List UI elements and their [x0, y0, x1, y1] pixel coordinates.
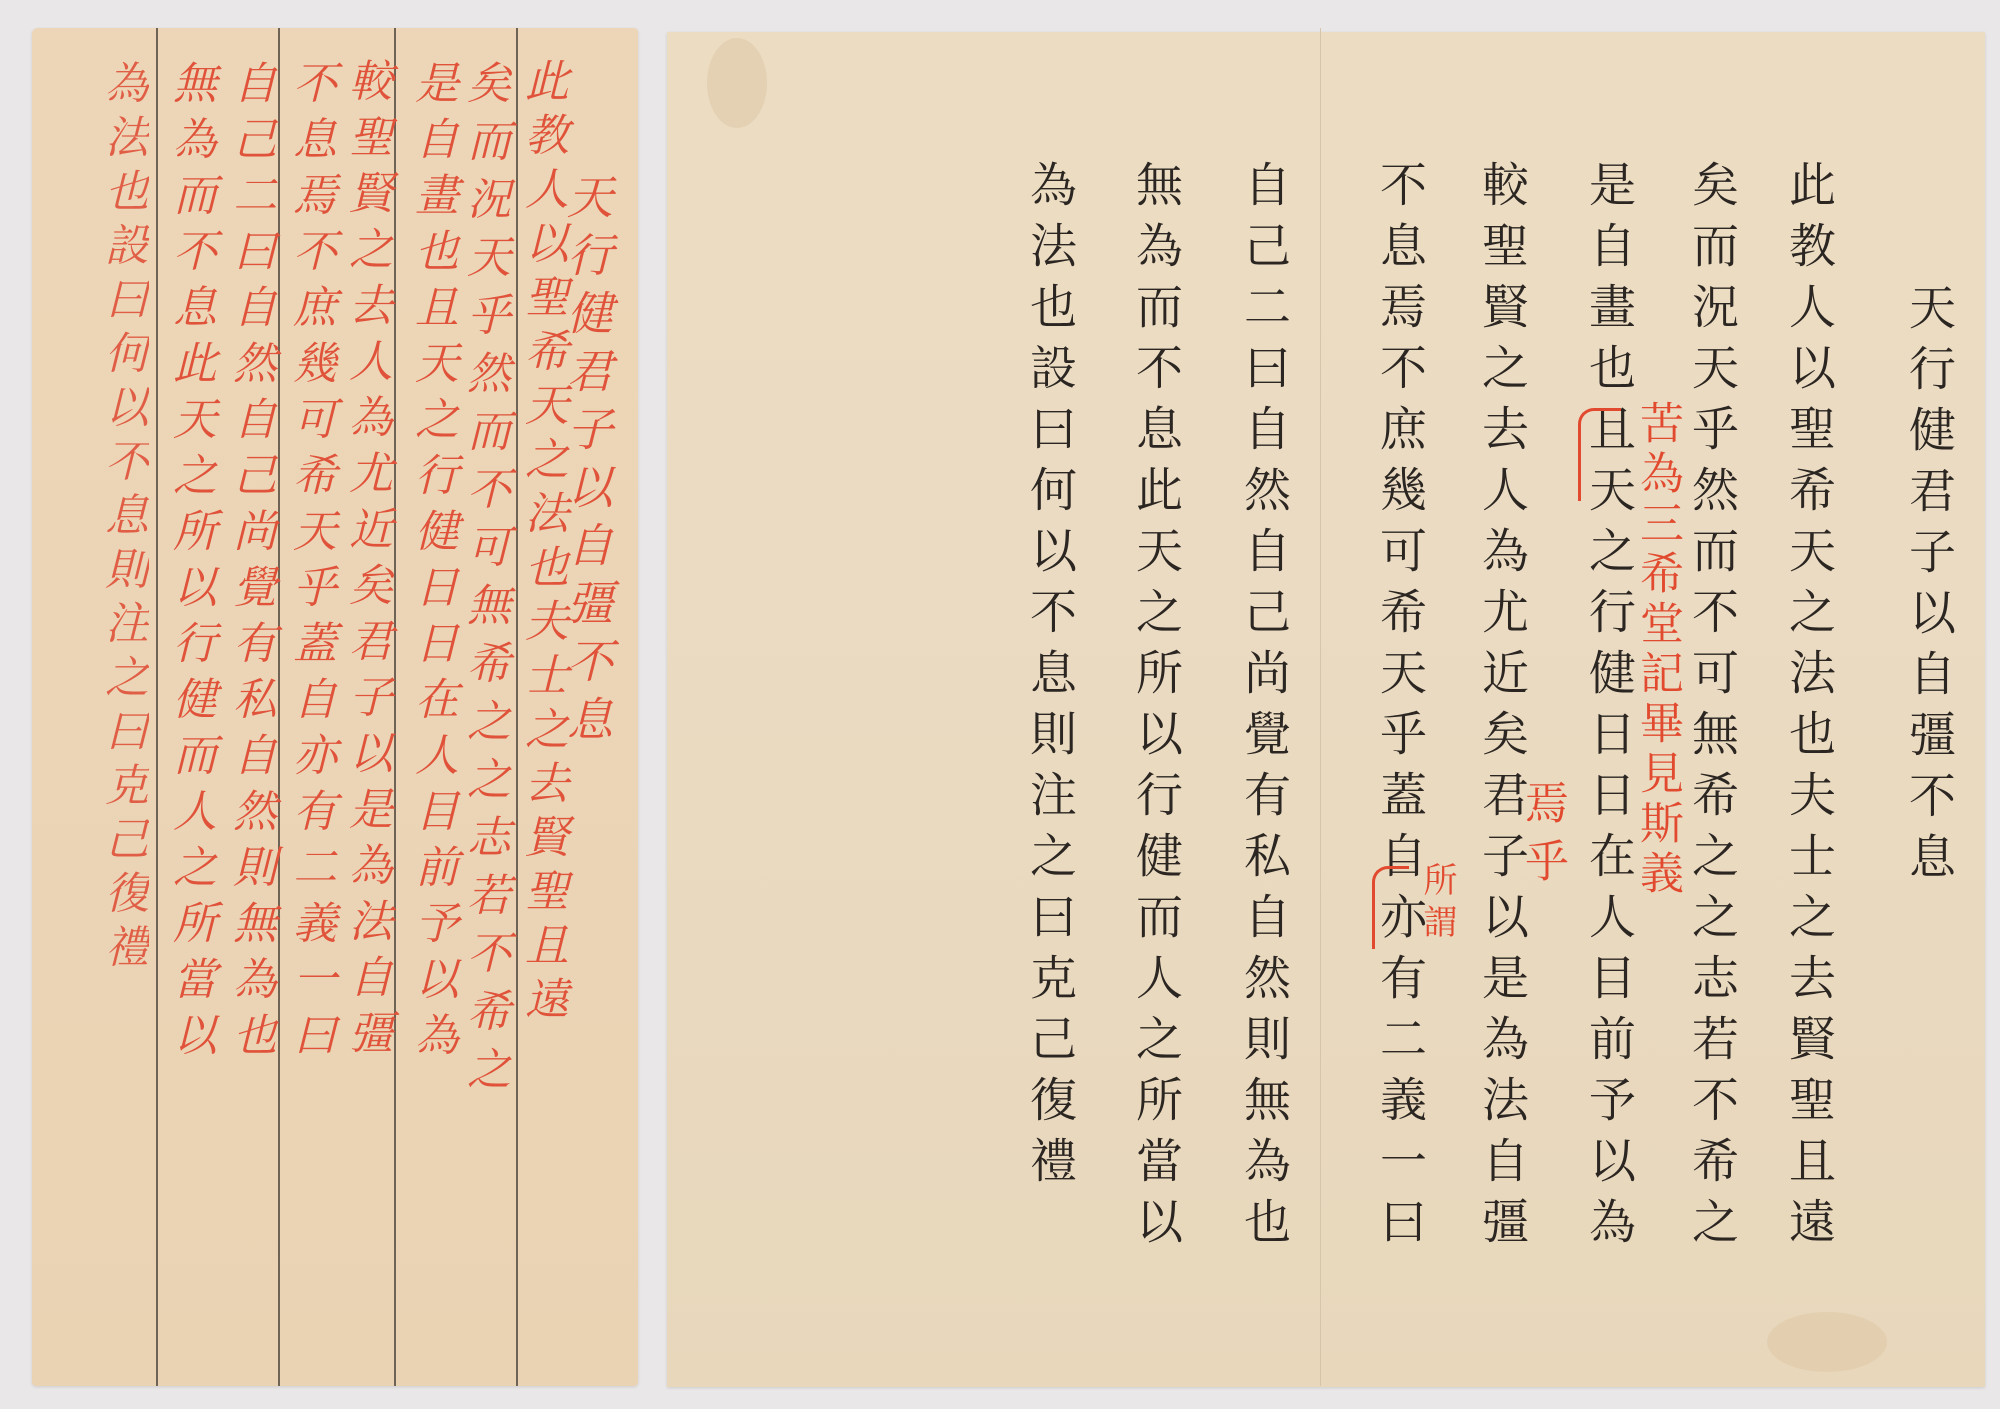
text-column-8: 無為而不息此天之所以行健而人之所當以: [1132, 160, 1179, 1258]
draft-column-7: 自己二曰自然自己尚覺有私自然則無為也: [228, 60, 272, 1068]
ruled-line: [278, 28, 280, 1386]
paper-stain: [1767, 1312, 1887, 1372]
text-column-6: 不息焉不庶幾可希天乎蓋自亦有二義一曰: [1376, 160, 1423, 1258]
text-column-7: 自己二曰自然自己尚覺有私自然則無為也: [1240, 160, 1287, 1258]
ruled-line: [394, 28, 396, 1386]
text-column-3: 矣而況天乎然而不可無希之之志若不希之: [1688, 160, 1735, 1258]
insertion-mark: [1578, 408, 1621, 501]
text-column-1: 天行健君子以自彊不息: [1905, 283, 1952, 893]
text-column-2: 此教人以聖希天之法也夫士之去賢聖且遠: [1785, 160, 1832, 1258]
draft-column-1: 天行健君子以自彊不息: [564, 173, 610, 753]
ruled-line: [156, 28, 158, 1386]
insertion-mark: [1372, 866, 1409, 949]
draft-column-3: 矣而況天乎然而不可無希之之志若不希之: [462, 60, 506, 1104]
draft-column-8: 無為而不息此天之所以行健而人之所當以: [168, 60, 212, 1068]
text-column-5: 較聖賢之去人為尤近矣君子以是為法自彊: [1478, 160, 1525, 1258]
left-manuscript-page: 天行健君子以自彊不息 此教人以聖希天之法也夫士之去賢聖且遠 矣而況天乎然而不可無…: [32, 28, 638, 1386]
draft-column-4: 是自畫也且天之行健日日在人目前予以為: [410, 60, 454, 1068]
red-annotation-suowei: 所謂: [1420, 862, 1454, 946]
red-annotation-main: 苦為三希堂記畢見斯義: [1635, 400, 1679, 900]
red-annotation-yanhu: 焉乎: [1520, 780, 1564, 896]
paper-stain: [707, 38, 767, 128]
text-column-9: 為法也設曰何以不息則注之曰克己復禮: [1026, 160, 1073, 1197]
draft-column-6: 不息焉不庶幾可希天乎蓋自亦有二義一曰: [288, 60, 332, 1068]
draft-column-2: 此教人以聖希天之法也夫士之去賢聖且遠: [520, 58, 564, 1030]
text-column-4: 是自畫也且天之行健日日在人目前予以為: [1585, 160, 1632, 1258]
draft-column-5: 較聖賢之去人為尤近矣君子以是為法自彊: [344, 58, 388, 1066]
page-fold-line: [1320, 28, 1321, 1386]
draft-column-9: 為法也設曰何以不息則注之曰克己復禮: [100, 60, 144, 978]
